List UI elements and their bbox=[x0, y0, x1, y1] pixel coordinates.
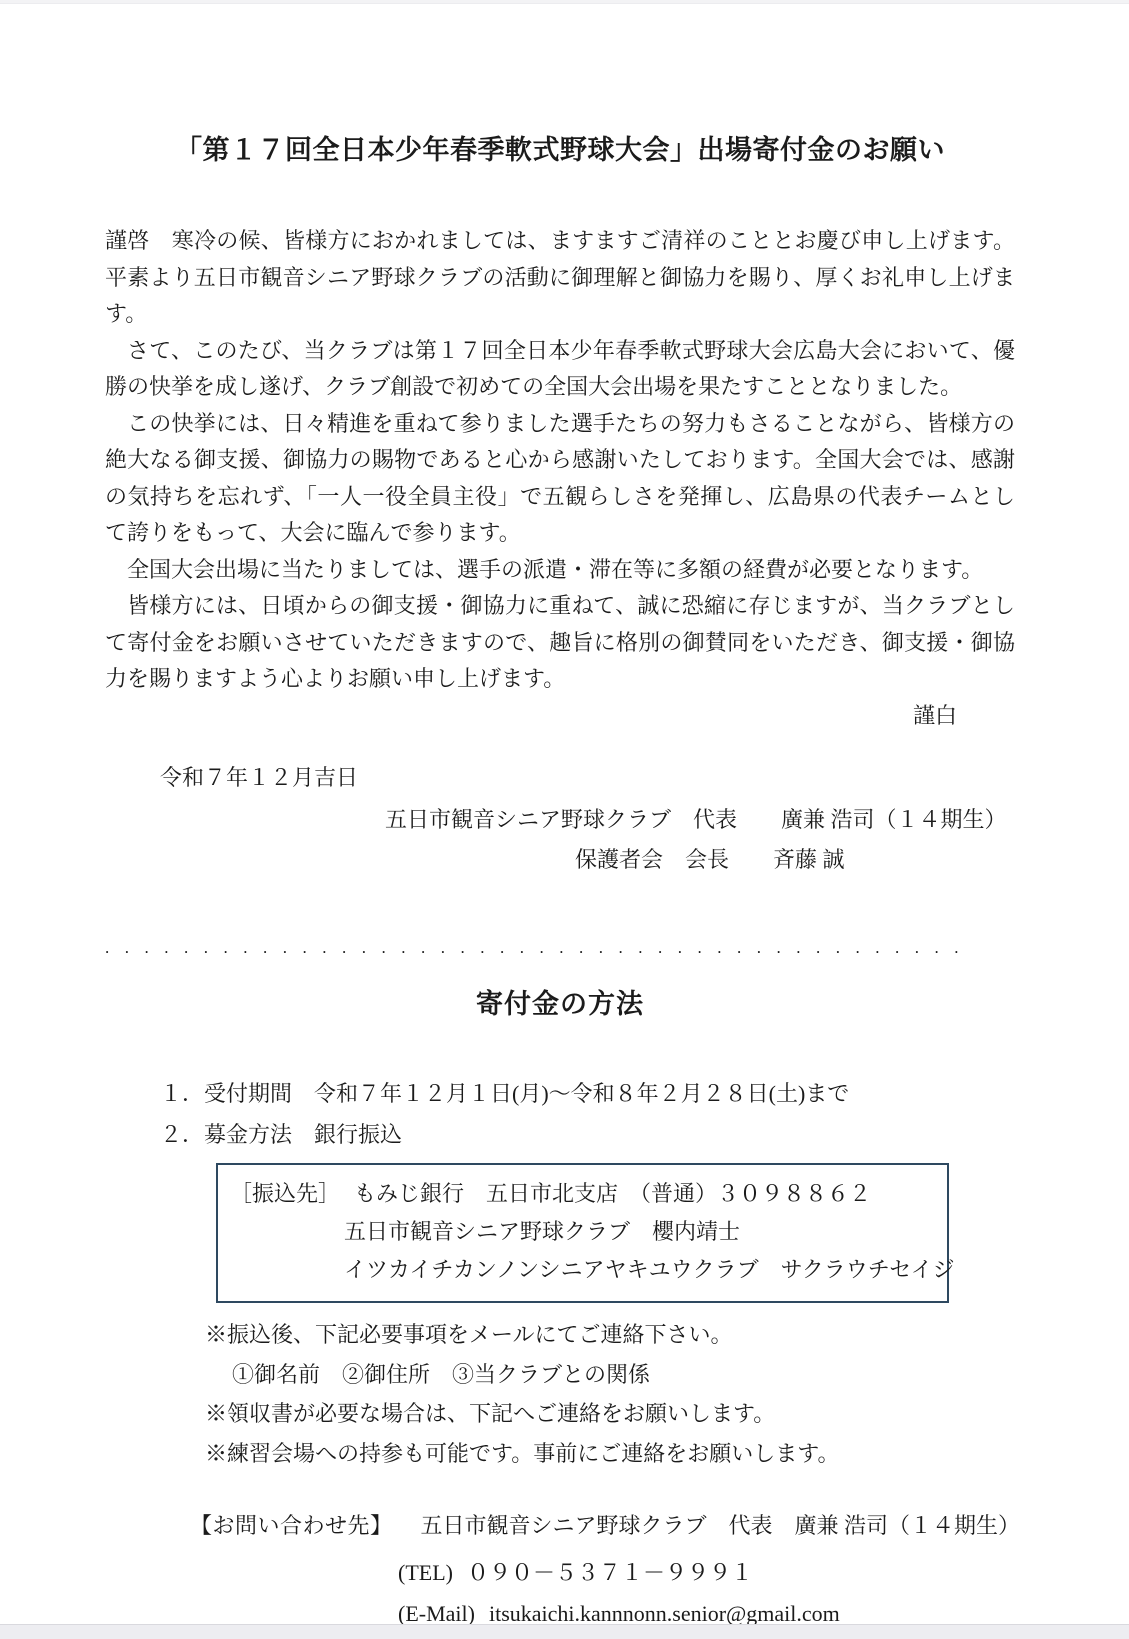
closing-word: 謹白 bbox=[105, 698, 1015, 735]
signature-club-representative: 五日市観音シニア野球クラブ 代表 廣兼 浩司（１４期生） bbox=[105, 800, 1015, 840]
signature-parents-association: 保護者会 会長 斉藤 誠 bbox=[105, 840, 1015, 880]
email-address: itsukaichi.kannnonn.senior@gmail.com bbox=[489, 1601, 840, 1626]
document-title: 「第１７回全日本少年春季軟式野球大会」出場寄付金のお願い bbox=[105, 128, 1015, 167]
page-bottom-edge bbox=[0, 1624, 1129, 1639]
date-line: 令和７年１２月吉日 bbox=[105, 760, 1015, 796]
list-item-fundraising-method: ２．募金方法 銀行振込 bbox=[160, 1114, 1015, 1155]
dotted-separator: ........................................… bbox=[105, 938, 1015, 958]
letter-body: 謹啓 寒冷の候、皆様方におかれましては、ますますご清祥のこととお慶び申し上げます… bbox=[105, 223, 1015, 698]
notes-block: ※振込後、下記必要事項をメールにてご連絡下さい。 ①御名前 ②御住所 ③当クラブ… bbox=[205, 1315, 1015, 1473]
transfer-destination-line: ［振込先］もみじ銀行 五日市北支店 （普通）３０９８８６２ bbox=[230, 1175, 935, 1213]
contact-tel-line: (TEL)０９０－５３７１－９９９１ bbox=[105, 1556, 1015, 1587]
document-page: 「第１７回全日本少年春季軟式野球大会」出場寄付金のお願い 謹啓 寒冷の候、皆様方… bbox=[0, 0, 1129, 1639]
paragraph-greeting: 謹啓 寒冷の候、皆様方におかれましては、ますますご清祥のこととお慶び申し上げます… bbox=[105, 223, 1015, 333]
email-label: (E-Mail) bbox=[398, 1601, 475, 1626]
note-after-transfer: ※振込後、下記必要事項をメールにてご連絡下さい。 bbox=[205, 1315, 1015, 1355]
contact-heading-line: 【お問い合わせ先】五日市観音シニア野球クラブ 代表 廣兼 浩司（１４期生） bbox=[105, 1509, 1015, 1540]
contact-heading: 【お問い合わせ先】 bbox=[190, 1513, 393, 1538]
paragraph-gratitude: この快挙には、日々精進を重ねて参りました選手たちの努力もさることながら、皆様方の… bbox=[105, 406, 1015, 552]
transfer-account-holder: 五日市観音シニア野球クラブ 櫻内靖士 bbox=[230, 1213, 935, 1251]
transfer-bank-account: もみじ銀行 五日市北支店 （普通）３０９８８６２ bbox=[354, 1181, 871, 1206]
paragraph-expenses: 全国大会出場に当たりましては、選手の派遣・滞在等に多額の経費が必要となります。 bbox=[105, 552, 1015, 589]
transfer-destination-label: ［振込先］ bbox=[230, 1181, 340, 1206]
note-receipt: ※領収書が必要な場合は、下記へご連絡をお願いします。 bbox=[205, 1394, 1015, 1434]
transfer-account-holder-kana: イツカイチカンノンシニアヤキユウクラブ サクラウチセイジ bbox=[230, 1251, 935, 1289]
note-bring-in-person: ※練習会場への持参も可能です。事前にご連絡をお願いします。 bbox=[205, 1434, 1015, 1474]
bank-transfer-box: ［振込先］もみじ銀行 五日市北支店 （普通）３０９８８６２ 五日市観音シニア野球… bbox=[216, 1163, 949, 1303]
list-item-reception-period: １．受付期間 令和７年１２月１日(月)～令和８年２月２８日(土)まで bbox=[160, 1073, 1015, 1114]
tel-label: (TEL) bbox=[398, 1560, 453, 1585]
note-required-items: ①御名前 ②御住所 ③当クラブとの関係 bbox=[205, 1355, 1015, 1395]
contact-block: 【お問い合わせ先】五日市観音シニア野球クラブ 代表 廣兼 浩司（１４期生） (T… bbox=[105, 1509, 1015, 1627]
section-heading-donation-method: 寄付金の方法 bbox=[105, 982, 1015, 1021]
document-content: 「第１７回全日本少年春季軟式野球大会」出場寄付金のお願い 謹啓 寒冷の候、皆様方… bbox=[105, 0, 1015, 1627]
paragraph-announcement: さて、このたび、当クラブは第１７回全日本少年春季軟式野球大会広島大会において、優… bbox=[105, 333, 1015, 406]
contact-organization: 五日市観音シニア野球クラブ 代表 廣兼 浩司（１４期生） bbox=[421, 1513, 1021, 1538]
tel-number: ０９０－５３７１－９９９１ bbox=[467, 1560, 753, 1585]
donation-method-list: １．受付期間 令和７年１２月１日(月)～令和８年２月２８日(土)まで ２．募金方… bbox=[105, 1073, 1015, 1155]
paragraph-request: 皆様方には、日頃からの御支援・御協力に重ねて、誠に恐縮に存じますが、当クラブとし… bbox=[105, 588, 1015, 698]
